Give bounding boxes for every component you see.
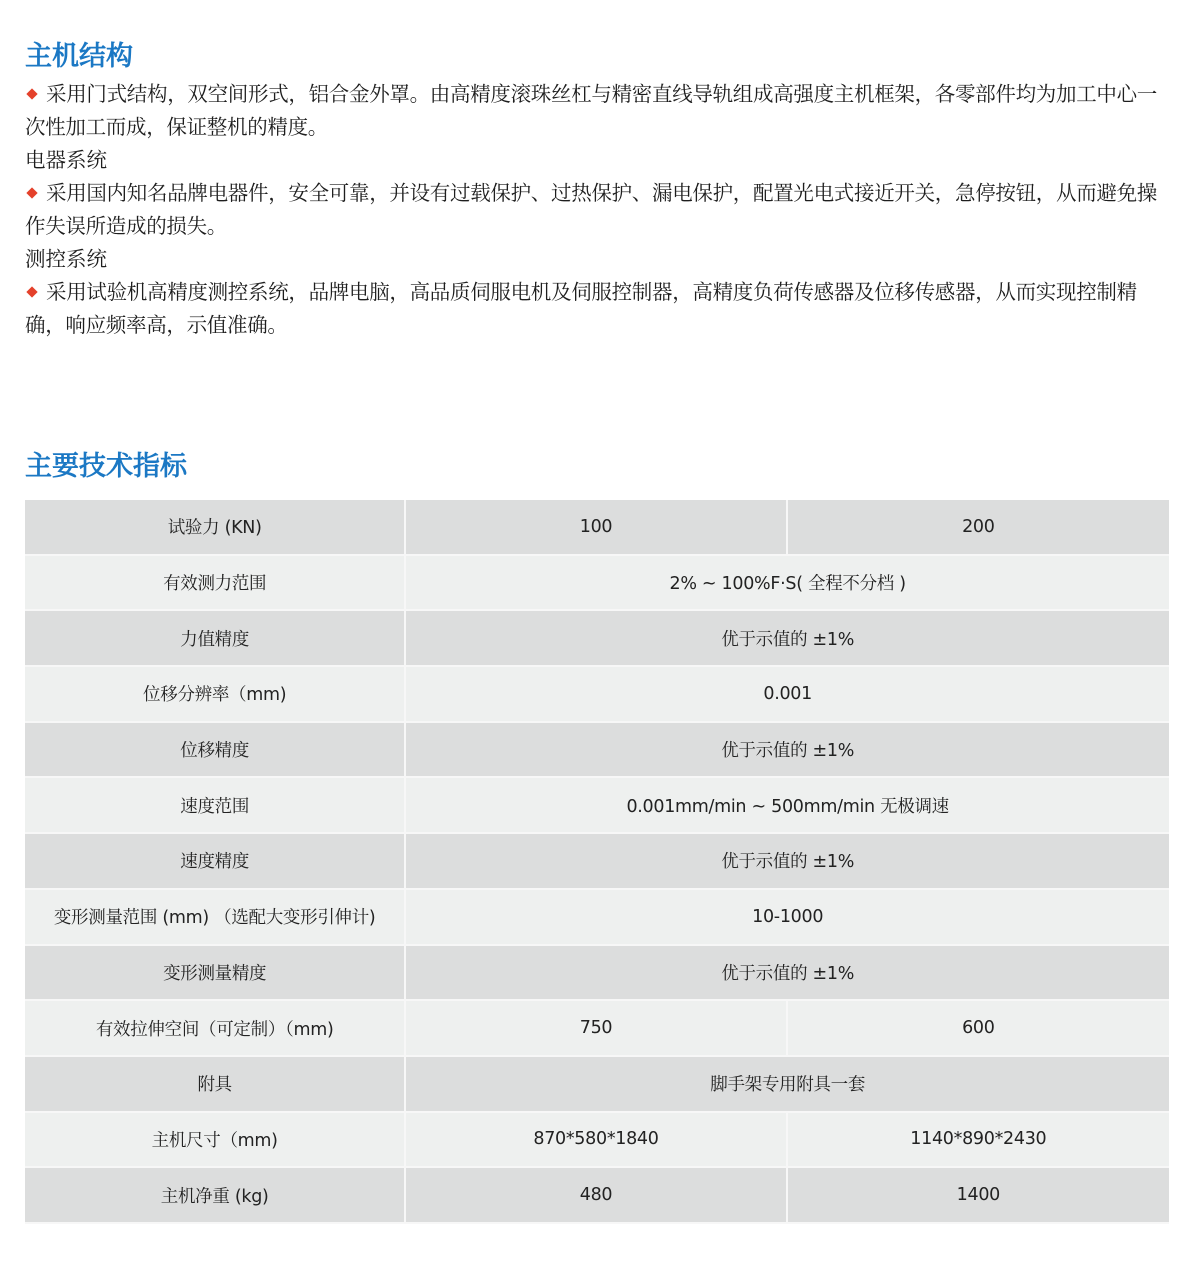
spec-value-cell-200kn: 1400 <box>788 1168 1169 1224</box>
spec-label-cell: 有效测力范围 <box>25 556 406 612</box>
control-system-text: 采用试验机高精度测控系统，品牌电脑，高品质伺服电机及伺服控制器，高精度负荷传感器… <box>25 280 1137 337</box>
section-title-host-structure: 主机结构 <box>25 34 133 73</box>
control-system-paragraph: 采用试验机高精度测控系统，品牌电脑，高品质伺服电机及伺服控制器，高精度负荷传感器… <box>25 276 1175 342</box>
spec-label-cell: 位移分辨率（mm) <box>25 667 406 723</box>
spec-label-cell: 速度精度 <box>25 834 406 890</box>
spec-value-cell: 0.001mm/min ~ 500mm/min 无极调速 <box>406 778 1169 834</box>
spec-value-cell-100kn: 870*580*1840 <box>406 1113 787 1169</box>
spec-value-cell-100kn: 480 <box>406 1168 787 1224</box>
table-row: 变形测量范围 (mm) （选配大变形引伸计)10-1000 <box>25 890 1169 946</box>
electrical-system-text: 采用国内知名品牌电器件，安全可靠，并设有过载保护、过热保护、漏电保护，配置光电式… <box>25 181 1157 238</box>
spec-label-cell: 力值精度 <box>25 611 406 667</box>
table-row: 有效测力范围2% ~ 100%F·S( 全程不分档 ) <box>25 556 1169 612</box>
intro-block: 采用门式结构，双空间形式，铝合金外罩。由高精度滚珠丝杠与精密直线导轨组成高强度主… <box>25 78 1175 342</box>
red-diamond-bullet-icon <box>26 88 37 99</box>
table-row: 速度精度优于示值的 ±1% <box>25 834 1169 890</box>
spec-label-cell: 试验力 (KN) <box>25 500 406 556</box>
spec-value-cell-100kn: 100 <box>406 500 787 556</box>
spec-value-cell: 10-1000 <box>406 890 1169 946</box>
table-row: 试验力 (KN)100200 <box>25 500 1169 556</box>
table-row: 速度范围0.001mm/min ~ 500mm/min 无极调速 <box>25 778 1169 834</box>
spec-value-cell-200kn: 600 <box>788 1001 1169 1057</box>
section-title-main-specs: 主要技术指标 <box>25 444 187 483</box>
spec-value-cell: 优于示值的 ±1% <box>406 834 1169 890</box>
spec-label-cell: 主机净重 (kg) <box>25 1168 406 1224</box>
spec-label-cell: 变形测量精度 <box>25 946 406 1002</box>
table-row: 力值精度优于示值的 ±1% <box>25 611 1169 667</box>
control-system-heading: 测控系统 <box>25 243 1175 276</box>
host-structure-text: 采用门式结构，双空间形式，铝合金外罩。由高精度滚珠丝杠与精密直线导轨组成高强度主… <box>25 82 1157 139</box>
spec-label-cell: 位移精度 <box>25 723 406 779</box>
spec-label-cell: 主机尺寸（mm) <box>25 1113 406 1169</box>
spec-value-cell: 0.001 <box>406 667 1169 723</box>
red-diamond-bullet-icon <box>26 187 37 198</box>
host-structure-paragraph: 采用门式结构，双空间形式，铝合金外罩。由高精度滚珠丝杠与精密直线导轨组成高强度主… <box>25 78 1175 144</box>
spec-label-cell: 速度范围 <box>25 778 406 834</box>
spec-value-cell: 优于示值的 ±1% <box>406 611 1169 667</box>
red-diamond-bullet-icon <box>26 286 37 297</box>
table-row: 位移分辨率（mm)0.001 <box>25 667 1169 723</box>
table-row: 附具脚手架专用附具一套 <box>25 1057 1169 1113</box>
electrical-system-heading: 电器系统 <box>25 144 1175 177</box>
specs-table: 试验力 (KN)100200有效测力范围2% ~ 100%F·S( 全程不分档 … <box>25 500 1169 1224</box>
spec-value-cell-100kn: 750 <box>406 1001 787 1057</box>
electrical-system-paragraph: 采用国内知名品牌电器件，安全可靠，并设有过载保护、过热保护、漏电保护，配置光电式… <box>25 177 1175 243</box>
spec-value-cell-200kn: 1140*890*2430 <box>788 1113 1169 1169</box>
table-row: 主机净重 (kg)4801400 <box>25 1168 1169 1224</box>
spec-label-cell: 附具 <box>25 1057 406 1113</box>
spec-label-cell: 变形测量范围 (mm) （选配大变形引伸计) <box>25 890 406 946</box>
table-row: 变形测量精度优于示值的 ±1% <box>25 946 1169 1002</box>
table-row: 主机尺寸（mm)870*580*18401140*890*2430 <box>25 1113 1169 1169</box>
specs-table-body: 试验力 (KN)100200有效测力范围2% ~ 100%F·S( 全程不分档 … <box>25 500 1169 1224</box>
spec-label-cell: 有效拉伸空间（可定制）（mm) <box>25 1001 406 1057</box>
spec-value-cell: 2% ~ 100%F·S( 全程不分档 ) <box>406 556 1169 612</box>
spec-value-cell: 优于示值的 ±1% <box>406 723 1169 779</box>
spec-value-cell-200kn: 200 <box>788 500 1169 556</box>
table-row: 位移精度优于示值的 ±1% <box>25 723 1169 779</box>
table-row: 有效拉伸空间（可定制）（mm)750600 <box>25 1001 1169 1057</box>
spec-value-cell: 脚手架专用附具一套 <box>406 1057 1169 1113</box>
spec-value-cell: 优于示值的 ±1% <box>406 946 1169 1002</box>
